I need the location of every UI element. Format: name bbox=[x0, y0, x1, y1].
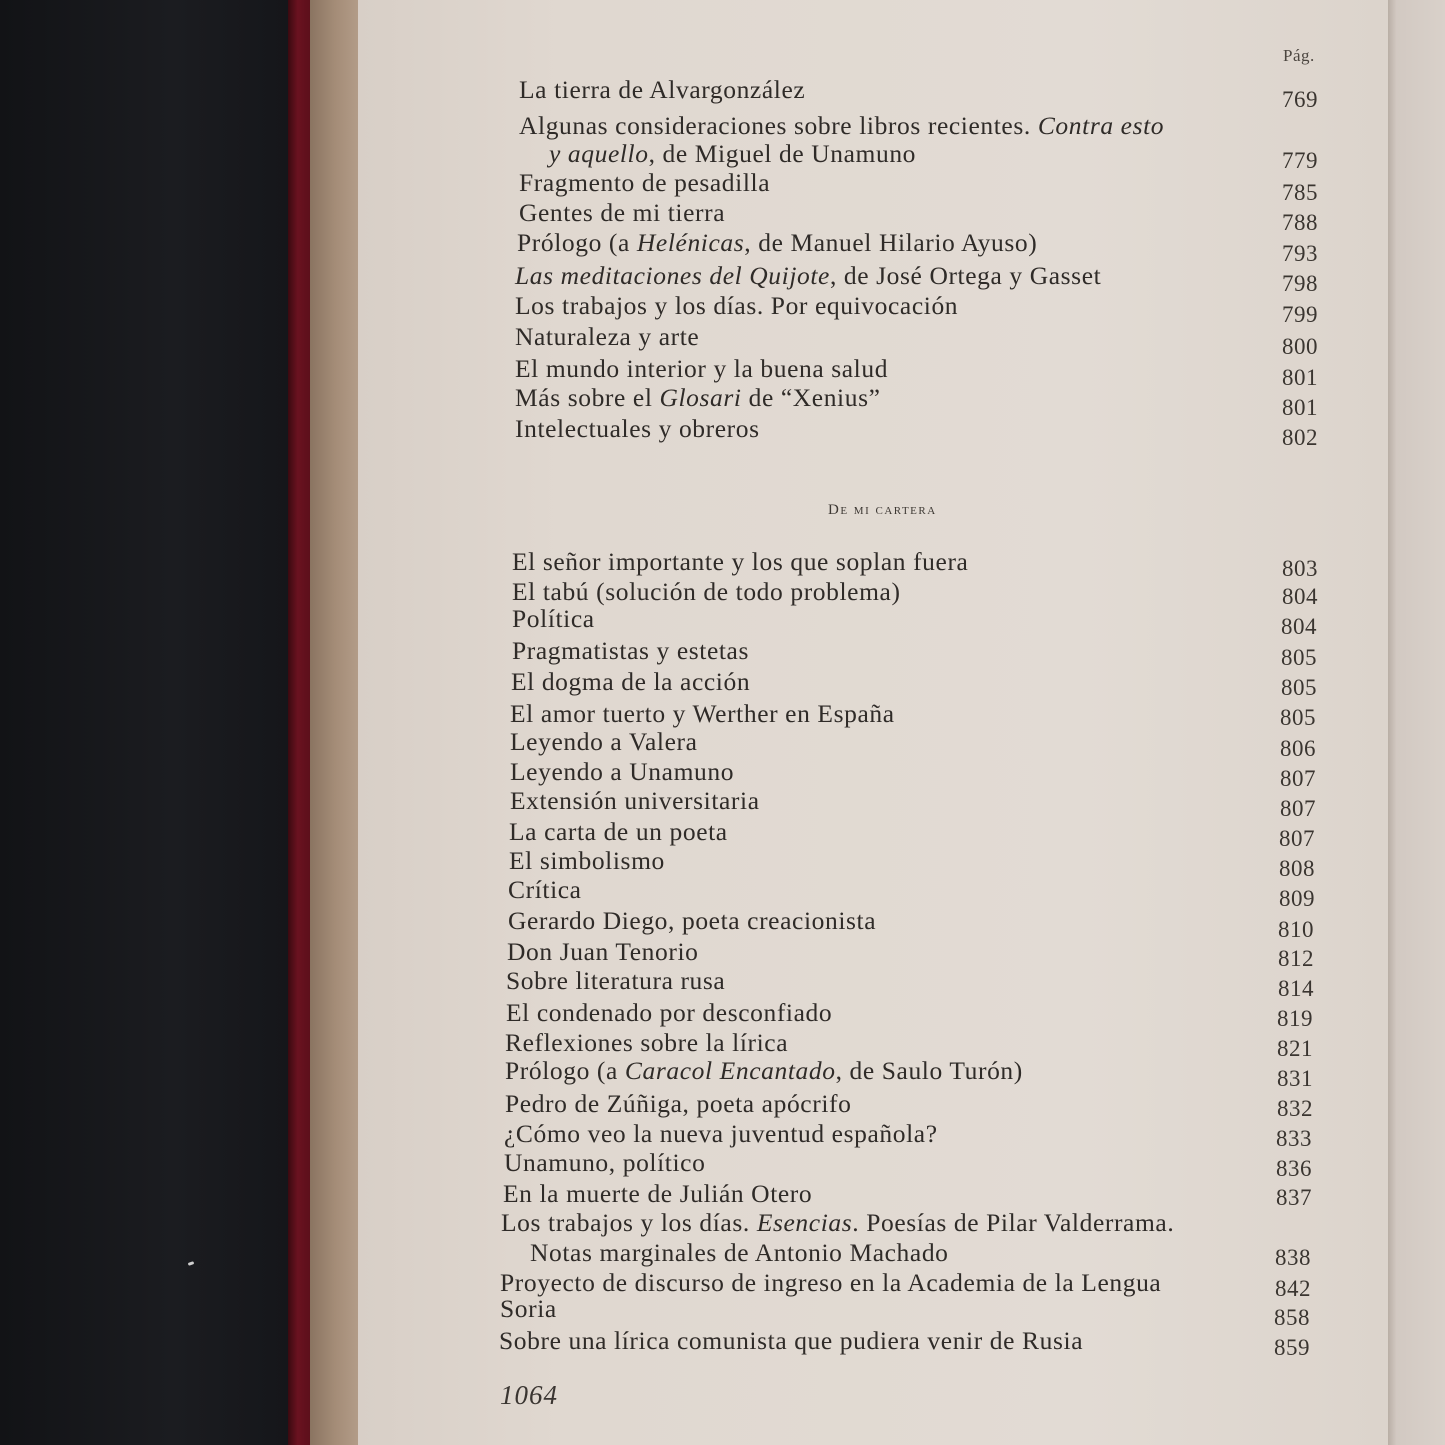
entry-page-number: 806 bbox=[1256, 736, 1316, 762]
entry-title-italic: y aquello bbox=[549, 139, 649, 168]
entry-page-number: 838 bbox=[1251, 1245, 1311, 1271]
contents-entry: Soria bbox=[500, 1294, 557, 1324]
entry-page-number: 802 bbox=[1258, 425, 1318, 451]
contents-entry: Crítica bbox=[508, 875, 582, 905]
entry-page-number: 836 bbox=[1252, 1156, 1312, 1182]
entry-page-number: 814 bbox=[1254, 976, 1314, 1002]
entry-title-text: Sobre literatura rusa bbox=[506, 966, 725, 995]
contents-entry: Algunas consideraciones sobre libros rec… bbox=[519, 111, 1164, 141]
contents-entry: Leyendo a Valera bbox=[510, 727, 698, 757]
contents-entry: El dogma de la acción bbox=[511, 667, 750, 697]
dark-background bbox=[0, 0, 290, 1445]
entry-title-italic: Helénicas bbox=[637, 228, 744, 257]
entry-title-text: En la muerte de Julián Otero bbox=[503, 1179, 812, 1208]
entry-page-number: 837 bbox=[1252, 1185, 1312, 1211]
entry-page-number: 805 bbox=[1257, 645, 1317, 671]
entry-title-text: Soria bbox=[500, 1294, 557, 1323]
contents-entry: Reflexiones sobre la lírica bbox=[505, 1028, 788, 1058]
entry-page-number: 779 bbox=[1258, 148, 1318, 174]
contents-entry: El simbolismo bbox=[509, 846, 665, 876]
contents-entry: Pragmatistas y estetas bbox=[512, 636, 749, 666]
contents-entry: Intelectuales y obreros bbox=[515, 414, 760, 444]
entry-page-number: 769 bbox=[1258, 87, 1318, 113]
entry-page-number: 801 bbox=[1258, 365, 1318, 391]
entry-page-number: 798 bbox=[1258, 271, 1318, 297]
entry-title-text: El simbolismo bbox=[509, 846, 665, 875]
entry-title-text: Unamuno, político bbox=[504, 1148, 705, 1177]
contents-entry: Notas marginales de Antonio Machado bbox=[530, 1238, 949, 1268]
contents-entry: Fragmento de pesadilla bbox=[519, 168, 770, 198]
entry-page-number: 804 bbox=[1258, 584, 1318, 610]
entry-title-text: Pragmatistas y estetas bbox=[512, 636, 749, 665]
entry-title-text: Sobre una lírica comunista que pudiera v… bbox=[499, 1326, 1083, 1355]
entry-title-text: , de José Ortega y Gasset bbox=[830, 261, 1101, 290]
contents-entry: ¿Cómo veo la nueva juventud española? bbox=[504, 1119, 938, 1149]
entry-page-number: 819 bbox=[1253, 1006, 1313, 1032]
contents-entry: Gerardo Diego, poeta creacionista bbox=[508, 906, 876, 936]
contents-entry: Leyendo a Unamuno bbox=[510, 757, 734, 787]
contents-entry: El condenado por desconfiado bbox=[506, 998, 832, 1028]
entry-title-text: Reflexiones sobre la lírica bbox=[505, 1028, 788, 1057]
entry-title-text: Extensión universitaria bbox=[510, 786, 760, 815]
page-column-label: Pág. bbox=[1283, 46, 1315, 66]
entry-page-number: 858 bbox=[1250, 1305, 1310, 1331]
entry-page-number: 805 bbox=[1256, 705, 1316, 731]
entry-title-text: Pedro de Zúñiga, poeta apócrifo bbox=[505, 1089, 851, 1118]
entry-title-text: El señor importante y los que soplan fue… bbox=[512, 547, 968, 576]
contents-entry: En la muerte de Julián Otero bbox=[503, 1179, 812, 1209]
contents-entry: El mundo interior y la buena salud bbox=[515, 354, 888, 384]
contents-entry: Sobre literatura rusa bbox=[506, 966, 725, 996]
entry-page-number: 812 bbox=[1254, 946, 1314, 972]
entry-title-text: Crítica bbox=[508, 875, 582, 904]
entry-page-number: 810 bbox=[1254, 917, 1314, 943]
contents-entry: Más sobre el Glosari de “Xenius” bbox=[515, 383, 881, 413]
section-heading: De mi cartera bbox=[828, 502, 937, 519]
entry-page-number: 800 bbox=[1258, 334, 1318, 360]
contents-entry: Don Juan Tenorio bbox=[507, 937, 699, 967]
entry-title-text: Intelectuales y obreros bbox=[515, 414, 760, 443]
entry-title-text: Los trabajos y los días. bbox=[501, 1208, 757, 1237]
entry-page-number: 807 bbox=[1256, 766, 1316, 792]
entry-title-text: Fragmento de pesadilla bbox=[519, 168, 770, 197]
entry-page-number: 859 bbox=[1250, 1335, 1310, 1361]
entry-title-italic: Esencias bbox=[757, 1208, 852, 1237]
entry-title-text: El tabú (solución de todo problema) bbox=[512, 577, 901, 606]
book-cover-edge bbox=[288, 0, 312, 1445]
entry-page-number: 788 bbox=[1258, 210, 1318, 236]
entry-title-text: La carta de un poeta bbox=[509, 817, 728, 846]
contents-entry: y aquello, de Miguel de Unamuno bbox=[549, 139, 916, 169]
contents-entry: El tabú (solución de todo problema) bbox=[512, 577, 901, 607]
contents-entry: El señor importante y los que soplan fue… bbox=[512, 547, 968, 577]
contents-entry: Los trabajos y los días. Esencias. Poesí… bbox=[501, 1208, 1174, 1238]
entry-title-text: Algunas consideraciones sobre libros rec… bbox=[519, 111, 1038, 140]
entry-page-number: 831 bbox=[1253, 1066, 1313, 1092]
entry-title-text: Política bbox=[512, 604, 595, 633]
entry-title-text: , de Miguel de Unamuno bbox=[649, 139, 916, 168]
entry-title-text: ¿Cómo veo la nueva juventud española? bbox=[504, 1119, 938, 1148]
entry-page-number: 804 bbox=[1257, 614, 1317, 640]
entry-title-text: Prólogo (a bbox=[517, 228, 637, 257]
contents-entry: Sobre una lírica comunista que pudiera v… bbox=[499, 1326, 1083, 1356]
entry-page-number: 808 bbox=[1255, 856, 1315, 882]
entry-page-number: 799 bbox=[1258, 302, 1318, 328]
contents-entry: Política bbox=[512, 604, 595, 634]
contents-entry: Unamuno, político bbox=[504, 1148, 705, 1178]
entry-title-italic: Caracol Encantado bbox=[625, 1056, 836, 1085]
contents-entry: Extensión universitaria bbox=[510, 786, 760, 816]
entry-title-text: , de Saulo Turón) bbox=[836, 1056, 1023, 1085]
entry-title-text: Gentes de mi tierra bbox=[519, 198, 725, 227]
entry-title-text: El condenado por desconfiado bbox=[506, 998, 832, 1027]
contents-entry: Prólogo (a Caracol Encantado, de Saulo T… bbox=[505, 1056, 1023, 1086]
contents-entry: Los trabajos y los días. Por equivocació… bbox=[515, 291, 958, 321]
entry-title-italic: Contra esto bbox=[1038, 111, 1164, 140]
entry-page-number: 807 bbox=[1256, 796, 1316, 822]
entry-title-text: Prólogo (a bbox=[505, 1056, 625, 1085]
entry-title-text: Gerardo Diego, poeta creacionista bbox=[508, 906, 876, 935]
entry-page-number: 793 bbox=[1258, 241, 1318, 267]
entry-title-text: , de Manuel Hilario Ayuso) bbox=[744, 228, 1037, 257]
entry-title-text: Leyendo a Unamuno bbox=[510, 757, 734, 786]
entry-title-text: El amor tuerto y Werther en España bbox=[510, 699, 895, 728]
entry-page-number: 803 bbox=[1258, 556, 1318, 582]
entry-page-number: 833 bbox=[1252, 1126, 1312, 1152]
entry-page-number: 821 bbox=[1253, 1036, 1313, 1062]
page-block-edge bbox=[310, 0, 360, 1445]
entry-page-number: 842 bbox=[1251, 1276, 1311, 1302]
entry-title-text: El dogma de la acción bbox=[511, 667, 750, 696]
entry-title-text: Leyendo a Valera bbox=[510, 727, 698, 756]
entry-page-number: 801 bbox=[1258, 395, 1318, 421]
entry-title-text: Don Juan Tenorio bbox=[507, 937, 699, 966]
entry-page-number: 785 bbox=[1258, 180, 1318, 206]
entry-title-text: Los trabajos y los días. Por equivocació… bbox=[515, 291, 958, 320]
entry-title-text: . Poesías de Pilar Valderrama. bbox=[852, 1208, 1174, 1237]
entry-title-italic: Las meditaciones del Quijote bbox=[515, 261, 830, 290]
contents-entry: Prólogo (a Helénicas, de Manuel Hilario … bbox=[517, 228, 1037, 258]
entry-page-number: 809 bbox=[1255, 886, 1315, 912]
entry-title-text: El mundo interior y la buena salud bbox=[515, 354, 888, 383]
contents-entry: La tierra de Alvargonzález bbox=[519, 75, 805, 105]
entry-title-text: Proyecto de discurso de ingreso en la Ac… bbox=[500, 1268, 1161, 1297]
contents-entry: Gentes de mi tierra bbox=[519, 198, 725, 228]
contents-entry: Proyecto de discurso de ingreso en la Ac… bbox=[500, 1268, 1161, 1298]
contents-entry: Las meditaciones del Quijote, de José Or… bbox=[515, 261, 1101, 291]
entry-title-text: Notas marginales de Antonio Machado bbox=[530, 1238, 949, 1267]
entry-page-number: 805 bbox=[1257, 675, 1317, 701]
entry-page-number: 832 bbox=[1253, 1096, 1313, 1122]
adjacent-page-edge bbox=[1388, 0, 1445, 1445]
entry-page-number: 807 bbox=[1255, 826, 1315, 852]
contents-entry: La carta de un poeta bbox=[509, 817, 728, 847]
page-folio-number: 1064 bbox=[500, 1380, 558, 1411]
entry-title-italic: Glosari bbox=[659, 383, 741, 412]
contents-entry: Pedro de Zúñiga, poeta apócrifo bbox=[505, 1089, 851, 1119]
contents-entry: El amor tuerto y Werther en España bbox=[510, 699, 895, 729]
entry-title-text: Naturaleza y arte bbox=[515, 322, 699, 351]
entry-title-text: Más sobre el bbox=[515, 383, 659, 412]
entry-title-text: de “Xenius” bbox=[742, 383, 881, 412]
contents-entry: Naturaleza y arte bbox=[515, 322, 699, 352]
entry-title-text: La tierra de Alvargonzález bbox=[519, 75, 805, 104]
